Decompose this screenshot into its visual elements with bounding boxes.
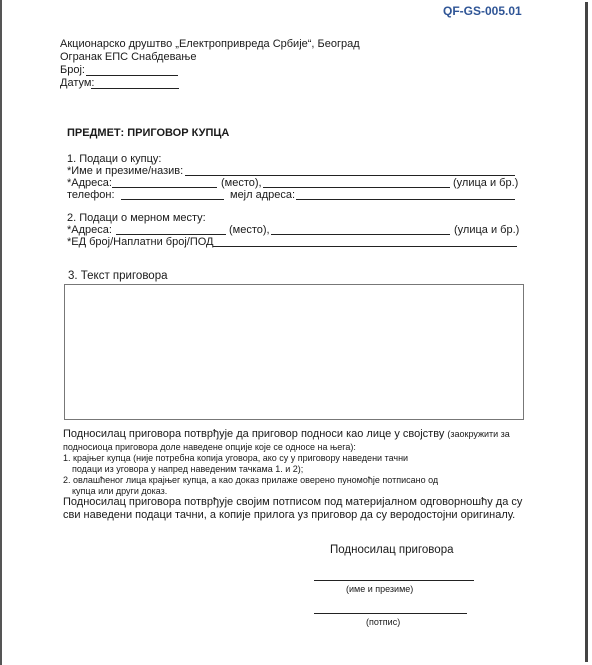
buyer-name-field[interactable] bbox=[185, 175, 515, 176]
meter-place-hint: (место), bbox=[229, 224, 270, 236]
confirmation-line1: Подносилац приговора потврђује својим по… bbox=[63, 496, 522, 508]
meter-id-label: *ЕД број/Наплатни број/ПОД bbox=[67, 236, 214, 248]
declaration-intro-note: (заокружити за bbox=[447, 429, 509, 439]
signature-field[interactable] bbox=[314, 613, 467, 614]
email-field[interactable] bbox=[296, 199, 515, 200]
form-code: QF-GS-005.01 bbox=[443, 4, 522, 18]
page-edge-left bbox=[0, 0, 2, 665]
meter-address-label: *Адреса: bbox=[67, 224, 112, 236]
email-label: мејл адреса: bbox=[230, 189, 295, 201]
confirmation-line2: сви наведени подаци тачни, а копије прил… bbox=[63, 509, 515, 521]
signer-name-field[interactable] bbox=[314, 580, 474, 581]
number-label: Број: bbox=[60, 64, 85, 76]
buyer-place-hint: (место), bbox=[221, 177, 262, 189]
meter-street-hint: (улица и бр.) bbox=[454, 224, 519, 236]
buyer-street-field[interactable] bbox=[263, 187, 450, 188]
complaint-text-area[interactable] bbox=[64, 284, 524, 420]
phone-field[interactable] bbox=[121, 199, 224, 200]
buyer-street-hint: (улица и бр.) bbox=[453, 177, 518, 189]
section3-title: 3. Текст приговора bbox=[68, 270, 168, 282]
date-field[interactable] bbox=[91, 88, 179, 89]
number-field[interactable] bbox=[86, 75, 178, 76]
meter-id-field[interactable] bbox=[213, 246, 517, 247]
date-label: Датум: bbox=[60, 77, 94, 89]
declaration-intro: Подносилац приговора потврђује да пригов… bbox=[63, 428, 528, 441]
phone-label: телефон: bbox=[67, 189, 115, 201]
company-name: Акционарско друштво „Електропривреда Срб… bbox=[60, 38, 360, 50]
signature-hint: (потпис) bbox=[366, 616, 400, 628]
meter-place-field[interactable] bbox=[116, 234, 226, 235]
section1-title: 1. Подаци о купцу: bbox=[67, 153, 161, 165]
branch-name: Огранак ЕПС Снабдевање bbox=[60, 51, 196, 63]
subject-heading: ПРЕДМЕТ: ПРИГОВОР КУПЦА bbox=[67, 127, 229, 139]
meter-street-field[interactable] bbox=[271, 234, 450, 235]
declaration-intro-main: Подносилац приговора потврђује да пригов… bbox=[63, 428, 444, 440]
buyer-address-label: *Адреса: bbox=[67, 177, 112, 189]
signer-name-hint: (име и презиме) bbox=[346, 583, 413, 595]
section2-title: 2. Подаци о мерном месту: bbox=[67, 212, 206, 224]
signature-title: Подносилац приговора bbox=[330, 544, 453, 556]
buyer-place-field[interactable] bbox=[112, 187, 217, 188]
page-edge-right bbox=[585, 2, 588, 662]
buyer-name-label: *Име и презиме/назив: bbox=[67, 165, 183, 177]
